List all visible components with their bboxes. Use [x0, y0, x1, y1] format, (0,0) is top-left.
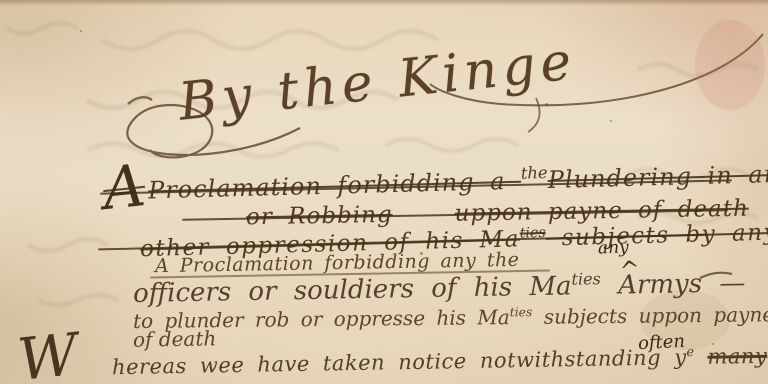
bleed-line [28, 239, 108, 251]
ink-speck [80, 30, 82, 32]
draft-line3-insertion: any [598, 237, 629, 258]
body-insertion-word: often [637, 331, 685, 354]
revised-line3-superscript: ties [510, 304, 533, 319]
revised-line2-text-b: Armys — [601, 268, 746, 301]
draft-heading-initial: A [100, 156, 148, 218]
body-superscript: e [686, 345, 694, 360]
bleed-line [638, 64, 758, 76]
page-title: By the Kinge [176, 31, 579, 132]
bleed-line [102, 31, 438, 49]
ink-speck [610, 120, 612, 122]
manuscript-page: By the Kinge A Proclamation forbidding a… [0, 0, 768, 384]
revised-line2-superscript: ties [571, 269, 601, 289]
draft-line1-insertion: the [521, 163, 548, 183]
title-k-tail [528, 98, 540, 132]
body-struck-word: many [707, 344, 767, 369]
body-initial-letter: W [15, 325, 80, 384]
draft-initial-letter: A [100, 151, 149, 223]
bleed-line [6, 23, 78, 33]
revised-line1-text-b: the [487, 249, 520, 272]
draft-line2-gap [393, 221, 455, 222]
ink-speck [545, 103, 548, 106]
bleed-line [38, 295, 118, 305]
revised-line3-text-b: subjects uppon payne [532, 302, 768, 329]
paper-stain [695, 20, 765, 110]
page-top-edge [0, 0, 768, 6]
bleed-line [386, 139, 518, 151]
revised-line2-text-a: officers or souldiers of his Ma [133, 271, 572, 309]
stray-ink-stroke [128, 97, 152, 104]
revised-heading-line-4: of death [133, 326, 217, 351]
draft-line1-text-b: Plundering in any [547, 160, 768, 194]
